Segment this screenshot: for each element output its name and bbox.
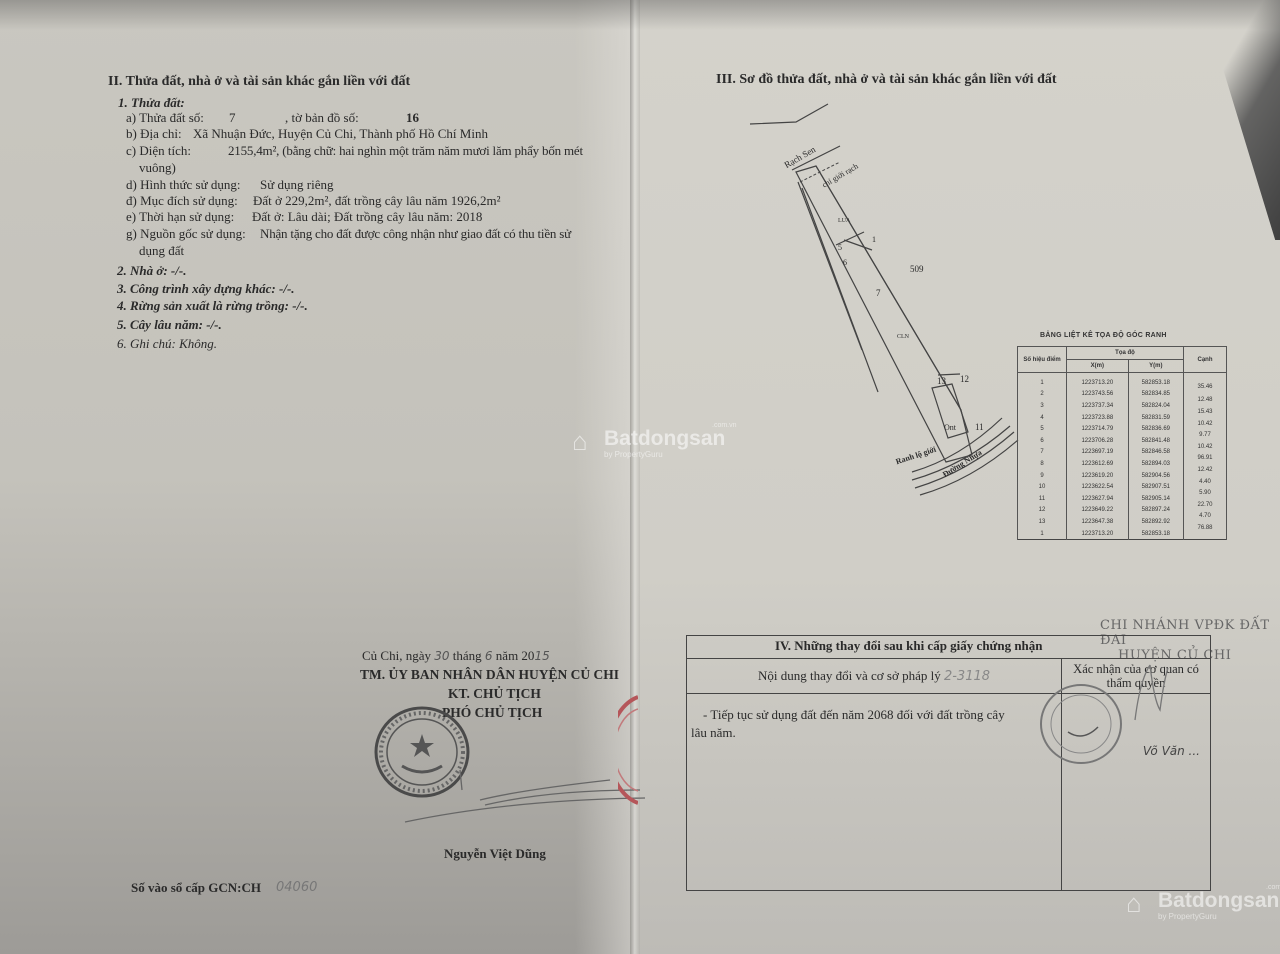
coord-row: 21223743.56582834.8512.48	[1018, 389, 1227, 401]
changes-title: IV. Những thay đổi sau khi cấp giấy chứn…	[775, 638, 1043, 653]
watermark-sub: by PropertyGuru	[604, 450, 725, 459]
map-sheet-value: 16	[406, 110, 419, 125]
coord-row: 101223622.54582907.515.90	[1018, 481, 1227, 493]
point-5: 5	[838, 240, 842, 255]
coord-x: 1223706.28	[1067, 435, 1129, 447]
point-id: 6	[1018, 435, 1067, 447]
item-house: 2. Nhà ở: -/-.	[117, 263, 186, 278]
point-id: 13	[1018, 516, 1067, 528]
parcel-number-label: a) Thửa đất số:	[126, 110, 204, 125]
watermark-logo-icon: ⌂	[572, 428, 588, 454]
item-notes: 6. Ghi chú: Không.	[117, 336, 217, 351]
address-value: Xã Nhuận Đức, Huyện Củ Chi, Thành phố Hồ…	[193, 126, 488, 141]
usage-term-value: Đất ở: Lâu dài; Đất trồng cây lâu năm: 2…	[252, 209, 482, 224]
side-length: 35.46	[1184, 373, 1227, 389]
signing-date: Củ Chi, ngày 30 tháng 6 năm 2015	[362, 648, 550, 664]
date-prefix: Củ Chi, ngày	[362, 648, 431, 663]
side-length: 4.40	[1184, 470, 1227, 482]
side-length: 10.42	[1184, 435, 1227, 447]
watermark-domain: .com.vn	[712, 422, 737, 429]
red-seal-icon	[618, 695, 638, 805]
parcel-heading: 1. Thửa đất:	[118, 95, 185, 110]
coord-y: 582894.03	[1128, 458, 1183, 470]
changes-title-cell: IV. Những thay đổi sau khi cấp giấy chứn…	[687, 636, 1211, 659]
area-value-cont: vuông)	[139, 160, 176, 175]
coord-x: 1223713.20	[1067, 528, 1129, 540]
date-day: 30	[434, 649, 449, 663]
side-length	[1184, 528, 1227, 540]
side-length: 76.88	[1184, 516, 1227, 528]
coord-row: 81223612.69582894.0312.42	[1018, 458, 1227, 470]
point-1: 1	[872, 232, 876, 247]
handwritten-signature-icon	[390, 760, 650, 830]
coord-row: 31223737.34582824.0415.43	[1018, 400, 1227, 412]
registry-label: Số vào sổ cấp GCN:CH	[131, 880, 261, 895]
section-ii-title: II. Thửa đất, nhà ở và tài sản khác gắn …	[108, 74, 410, 89]
coord-table: Số hiệu điểm Tọa độ Cạnh X(m) Y(m) 11223…	[1017, 346, 1227, 540]
office-signature-icon	[1130, 660, 1170, 730]
coord-row: 61223706.28582841.4810.42	[1018, 435, 1227, 447]
side-length: 10.42	[1184, 412, 1227, 424]
coord-y: 582824.04	[1128, 400, 1183, 412]
side-length: 4.70	[1184, 505, 1227, 517]
point-id: 7	[1018, 447, 1067, 459]
point-id: 9	[1018, 470, 1067, 482]
origin-label: g) Nguồn gốc sử dụng:	[126, 226, 246, 241]
point-11: 11	[975, 420, 984, 435]
registry-number: 04060	[276, 880, 317, 895]
usage-purpose-value: Đất ở 229,2m², đất trồng cây lâu năm 192…	[253, 193, 501, 208]
coord-row: 121223649.22582897.244.70	[1018, 505, 1227, 517]
point-id: 1	[1018, 373, 1067, 389]
coord-y: 582834.85	[1128, 389, 1183, 401]
usage-form-value: Sử dụng riêng	[260, 177, 334, 192]
origin-value-cont: dụng đất	[139, 243, 184, 258]
coord-x: 1223714.79	[1067, 423, 1129, 435]
watermark-corner: ⌂ .com.vn Batdongsan by PropertyGuru	[1126, 890, 1279, 921]
signer-name: Nguyễn Việt Dũng	[444, 846, 546, 861]
chairman-line: KT. CHỦ TỊCH	[448, 686, 541, 701]
side-length: 9.77	[1184, 423, 1227, 435]
coord-x: 1223697.19	[1067, 447, 1129, 459]
coord-y: 582831.59	[1128, 412, 1183, 424]
usage-term-label: e) Thời hạn sử dụng:	[126, 209, 234, 224]
coord-x: 1223612.69	[1067, 458, 1129, 470]
watermark-center: ⌂ .com.vn Batdongsan by PropertyGuru	[572, 428, 725, 459]
coord-y: 582841.48	[1128, 435, 1183, 447]
item-other-construction: 3. Công trình xây dựng khác: -/-.	[117, 281, 295, 296]
coord-row: 131223647.38582892.9276.88	[1018, 516, 1227, 528]
item-planted-forest: 4. Rừng sản xuất là rừng trồng: -/-.	[117, 298, 308, 313]
coord-x: 1223619.20	[1067, 470, 1129, 482]
top-shadow	[0, 0, 1280, 30]
coord-x: 1223743.56	[1067, 389, 1129, 401]
date-year: 15	[534, 649, 549, 663]
usage-purpose-label: đ) Mục đích sử dụng:	[126, 193, 238, 208]
point-13: 13	[937, 374, 946, 389]
coord-y: 582904.56	[1128, 470, 1183, 482]
point-12: 12	[960, 372, 969, 387]
coord-x: 1223713.20	[1067, 373, 1129, 389]
point-id: 2	[1018, 389, 1067, 401]
side-length: 15.43	[1184, 400, 1227, 412]
item-perennial-trees: 5. Cây lâu năm: -/-.	[117, 317, 222, 332]
side-length: 12.48	[1184, 389, 1227, 401]
cln-label: CLN	[897, 330, 909, 345]
coord-row: 11223713.20582853.18	[1018, 528, 1227, 540]
change-entry: - Tiếp tục sử dụng đất đến năm 2068 đối …	[691, 706, 1016, 742]
coord-x: 1223737.34	[1067, 400, 1129, 412]
col-point: Số hiệu điểm	[1018, 347, 1067, 373]
usage-form-label: d) Hình thức sử dụng:	[126, 177, 240, 192]
watermark-name: Batdongsan	[604, 428, 725, 450]
coord-y: 582897.24	[1128, 505, 1183, 517]
col-y: Y(m)	[1128, 360, 1183, 373]
coord-table-title: BẢNG LIỆT KÊ TỌA ĐỘ GÓC RANH	[1040, 332, 1167, 339]
change-content-header: Nội dung thay đổi và cơ sở pháp lý	[758, 668, 941, 683]
committee-line: TM. ỦY BAN NHÂN DÂN HUYỆN CỦ CHI	[360, 667, 619, 682]
col-x: X(m)	[1067, 360, 1129, 373]
coord-x: 1223647.38	[1067, 516, 1129, 528]
map-sheet-label: , tờ bản đồ số:	[285, 110, 359, 125]
coord-row: 41223723.88582831.5910.42	[1018, 412, 1227, 424]
coord-y: 582892.92	[1128, 516, 1183, 528]
coord-row: 11223713.20582853.1835.46	[1018, 373, 1227, 389]
coord-y: 582853.18	[1128, 528, 1183, 540]
point-id: 8	[1018, 458, 1067, 470]
point-id: 1	[1018, 528, 1067, 540]
watermark-sub: by PropertyGuru	[1158, 912, 1279, 921]
side-length: 22.70	[1184, 493, 1227, 505]
origin-value: Nhận tặng cho đất được công nhận như gia…	[260, 226, 571, 241]
coord-row: 91223619.20582904.564.40	[1018, 470, 1227, 482]
coord-x: 1223622.54	[1067, 481, 1129, 493]
coord-row: 51223714.79582836.699.77	[1018, 423, 1227, 435]
handwritten-ref: 2-3118	[944, 669, 990, 684]
coord-x: 1223723.88	[1067, 412, 1129, 424]
area-label: c) Diện tích:	[126, 143, 191, 158]
col-coords: Tọa độ	[1067, 347, 1184, 360]
point-id: 12	[1018, 505, 1067, 517]
change-entry-cell: - Tiếp tục sử dụng đất đến năm 2068 đối …	[687, 694, 1062, 891]
neighbor-parcel-label: 509	[910, 262, 924, 277]
watermark-domain: .com.vn	[1266, 884, 1280, 891]
ont-label: Ont	[944, 420, 956, 435]
coord-y: 582836.69	[1128, 423, 1183, 435]
side-length: 5.90	[1184, 481, 1227, 493]
side-length: 96.91	[1184, 447, 1227, 459]
coord-x: 1223649.22	[1067, 505, 1129, 517]
point-id: 10	[1018, 481, 1067, 493]
point-id: 11	[1018, 493, 1067, 505]
month-label: tháng	[453, 648, 482, 663]
side-length: 12.42	[1184, 458, 1227, 470]
watermark-name: Batdongsan	[1158, 890, 1279, 912]
col-side: Cạnh	[1184, 347, 1227, 373]
date-month: 6	[485, 649, 493, 663]
lua-label: LUA	[838, 214, 850, 229]
parcel-number-value: 7	[229, 110, 236, 125]
section-iii-title: III. Sơ đồ thửa đất, nhà ở và tài sản kh…	[716, 72, 1057, 87]
coord-x: 1223627.94	[1067, 493, 1129, 505]
coord-y: 582853.18	[1128, 373, 1183, 389]
coord-y: 582905.14	[1128, 493, 1183, 505]
point-id: 3	[1018, 400, 1067, 412]
point-id: 5	[1018, 423, 1067, 435]
point-6: 6	[843, 255, 847, 270]
watermark-logo-icon: ⌂	[1126, 890, 1142, 916]
col-change-content-header: Nội dung thay đổi và cơ sở pháp lý 2-311…	[687, 659, 1062, 694]
coord-y: 582907.51	[1128, 481, 1183, 493]
parcel-number-sketch: 7	[876, 286, 881, 301]
year-label: năm 20	[496, 648, 535, 663]
coord-row: 71223697.19582846.5896.91	[1018, 447, 1227, 459]
area-value: 2155,4m², (bằng chữ: hai nghìn một trăm …	[228, 143, 583, 158]
coord-row: 111223627.94582905.1422.70	[1018, 493, 1227, 505]
officer-signature: Võ Văn ...	[1143, 744, 1200, 758]
address-label: b) Địa chỉ:	[126, 126, 182, 141]
office-seal-icon	[1038, 682, 1124, 766]
point-id: 4	[1018, 412, 1067, 424]
coord-y: 582846.58	[1128, 447, 1183, 459]
